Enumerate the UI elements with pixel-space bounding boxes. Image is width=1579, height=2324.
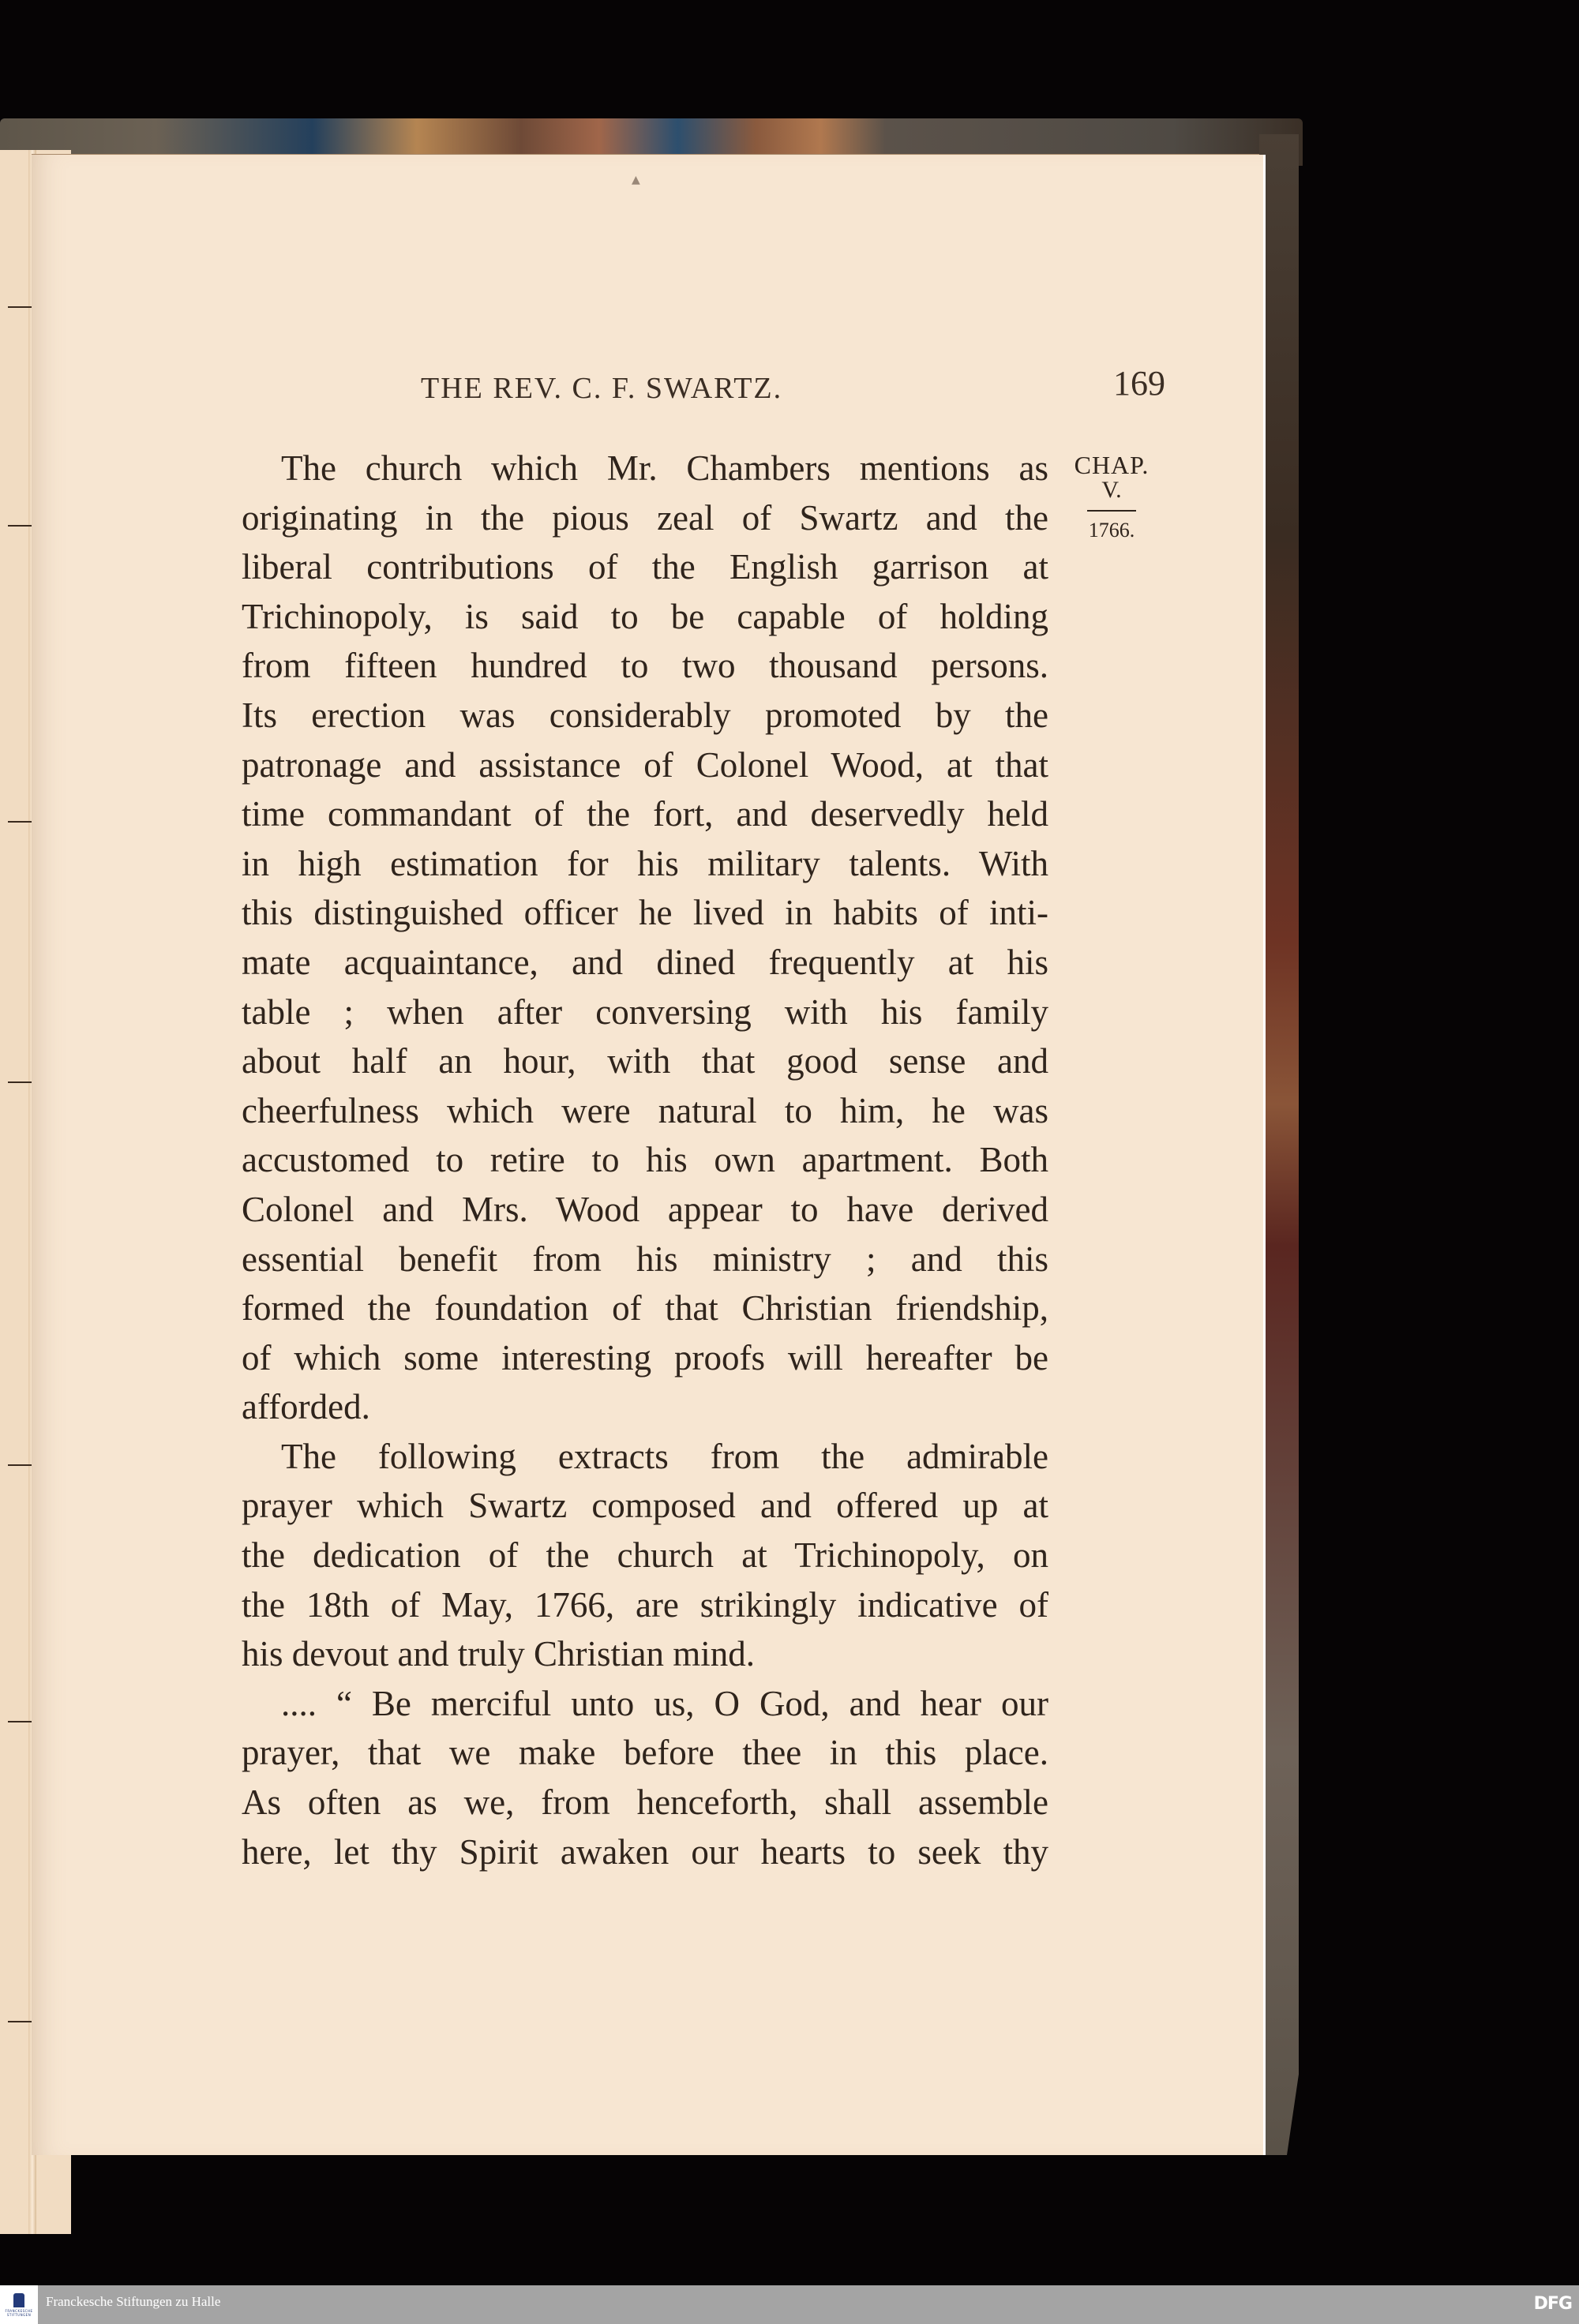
text-line: prayer which Swartz composed and offered… xyxy=(242,1481,1048,1531)
text-line: The following extracts from the admirabl… xyxy=(242,1432,1048,1482)
logo-text: FRANCKESCHE STIFTUNGEN xyxy=(6,2309,33,2317)
margin-rule xyxy=(1087,510,1136,512)
text-line: patronage and assistance of Colonel Wood… xyxy=(242,740,1048,790)
franckesche-stiftungen-logo[interactable]: FRANCKESCHE STIFTUNGEN xyxy=(0,2285,38,2324)
text-line: Its erection was considerably promoted b… xyxy=(242,691,1048,740)
dfg-logo[interactable]: DFG xyxy=(1534,2294,1572,2314)
text-line: afforded. xyxy=(242,1382,1048,1432)
text-line: in high estimation for his military tale… xyxy=(242,839,1048,889)
text-line: the 18th of May, 1766, are strikingly in… xyxy=(242,1580,1048,1630)
text-line: his devout and truly Christian mind. xyxy=(242,1629,1048,1679)
text-line: here, let thy Spirit awaken our hearts t… xyxy=(242,1827,1048,1877)
text-line: accustomed to retire to his own apartmen… xyxy=(242,1135,1048,1185)
chapter-number: V. xyxy=(1064,478,1159,502)
body-text: The church which Mr. Chambers mentions a… xyxy=(242,444,1048,1876)
text-line: formed the foundation of that Christian … xyxy=(242,1284,1048,1333)
text-line: mate acquaintance, and dined frequently … xyxy=(242,938,1048,988)
text-line: table ; when after conversing with his f… xyxy=(242,988,1048,1037)
text-line: As often as we, from henceforth, shall a… xyxy=(242,1778,1048,1827)
text-line: cheerfulness which were natural to him, … xyxy=(242,1086,1048,1136)
text-line: Trichinopoly, is said to be capable of h… xyxy=(242,592,1048,642)
text-line: this distinguished officer he lived in h… xyxy=(242,888,1048,938)
page-number: 169 xyxy=(1113,363,1165,403)
text-line: of which some interesting proofs will he… xyxy=(242,1333,1048,1383)
paper-speck: ▲ xyxy=(632,174,640,186)
text-line: the dedication of the church at Trichino… xyxy=(242,1531,1048,1580)
text-line: essential benefit from his ministry ; an… xyxy=(242,1235,1048,1284)
chapter-label: CHAP. xyxy=(1064,452,1159,478)
margin-year: 1766. xyxy=(1064,519,1159,542)
margin-note: CHAP. V. 1766. xyxy=(1064,452,1159,542)
text-line: .... “ Be merciful unto us, O God, and h… xyxy=(242,1679,1048,1729)
text-line: about half an hour, with that good sense… xyxy=(242,1036,1048,1086)
footer-bar: FRANCKESCHE STIFTUNGEN Franckesche Stift… xyxy=(0,2285,1579,2324)
running-head: THE REV. C. F. SWARTZ. xyxy=(421,371,782,406)
text-line: liberal contributions of the English gar… xyxy=(242,542,1048,592)
text-line: originating in the pious zeal of Swartz … xyxy=(242,493,1048,543)
text-line: prayer, that we make before thee in this… xyxy=(242,1728,1048,1778)
text-line: Colonel and Mrs. Wood appear to have der… xyxy=(242,1185,1048,1235)
statue-icon xyxy=(13,2293,24,2307)
text-line: time commandant of the fort, and deserve… xyxy=(242,789,1048,839)
text-line: from fifteen hundred to two thousand per… xyxy=(242,641,1048,691)
institution-name: Franckesche Stiftungen zu Halle xyxy=(46,2294,220,2310)
text-line: The church which Mr. Chambers mentions a… xyxy=(242,444,1048,493)
